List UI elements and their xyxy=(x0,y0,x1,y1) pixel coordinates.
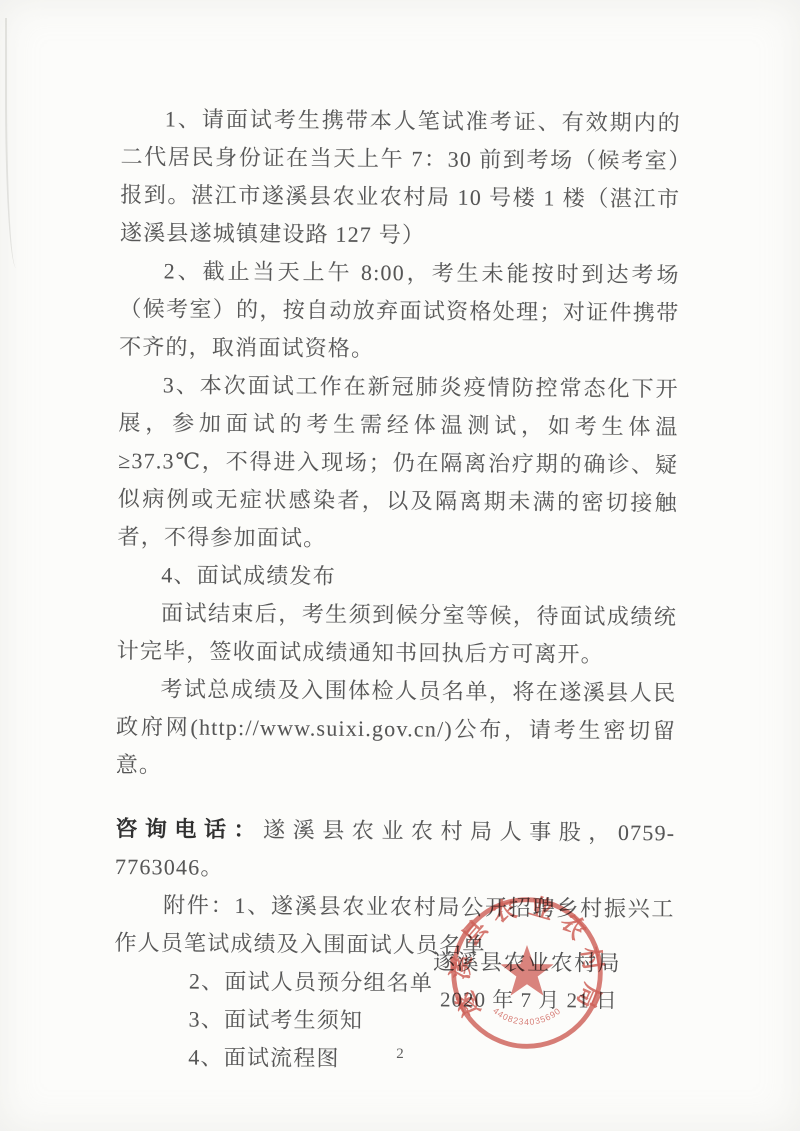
signature-department: 遂溪县农业农村局 xyxy=(433,945,621,977)
contact-phone-line: 咨询电话：遂溪县农业农村局人事股，0759-7763046。 xyxy=(115,810,676,890)
contact-label: 咨询电话： xyxy=(115,816,263,842)
paragraph-results-heading: 4、面试成绩发布 xyxy=(117,556,677,598)
scanned-document-page: 1、请面试考生携带本人笔试准考证、有效期内的二代居民身份证在当天上午 7：30 … xyxy=(0,0,800,1131)
paragraph-results-procedure: 面试结束后，考生须到候分室等候，待面试成绩统计完毕，签收面试成绩通知书回执后方可… xyxy=(117,594,678,674)
paragraph-covid-rules: 3、本次面试工作在新冠肺炎疫情防控常态化下开展，参加面试的考生需经体温测试，如考… xyxy=(117,366,678,560)
paragraph-results-publication: 考试总成绩及入围体检人员名单，将在遂溪县人民政府网(http://www.sui… xyxy=(116,670,677,788)
signature-date: 2020 年 7 月 21 日 xyxy=(440,983,618,1014)
scan-edge-artifact xyxy=(5,18,21,268)
paragraph-checkin: 1、请面试考生携带本人笔试准考证、有效期内的二代居民身份证在当天上午 7：30 … xyxy=(120,100,681,256)
page-number: 2 xyxy=(0,1046,800,1063)
document-body: 1、请面试考生携带本人笔试准考证、有效期内的二代居民身份证在当天上午 7：30 … xyxy=(113,100,681,1080)
paragraph-deadline: 2、截止当天上午 8:00，考生未能按时到达考场（候考室）的，按自动放弃面试资格… xyxy=(119,252,680,370)
